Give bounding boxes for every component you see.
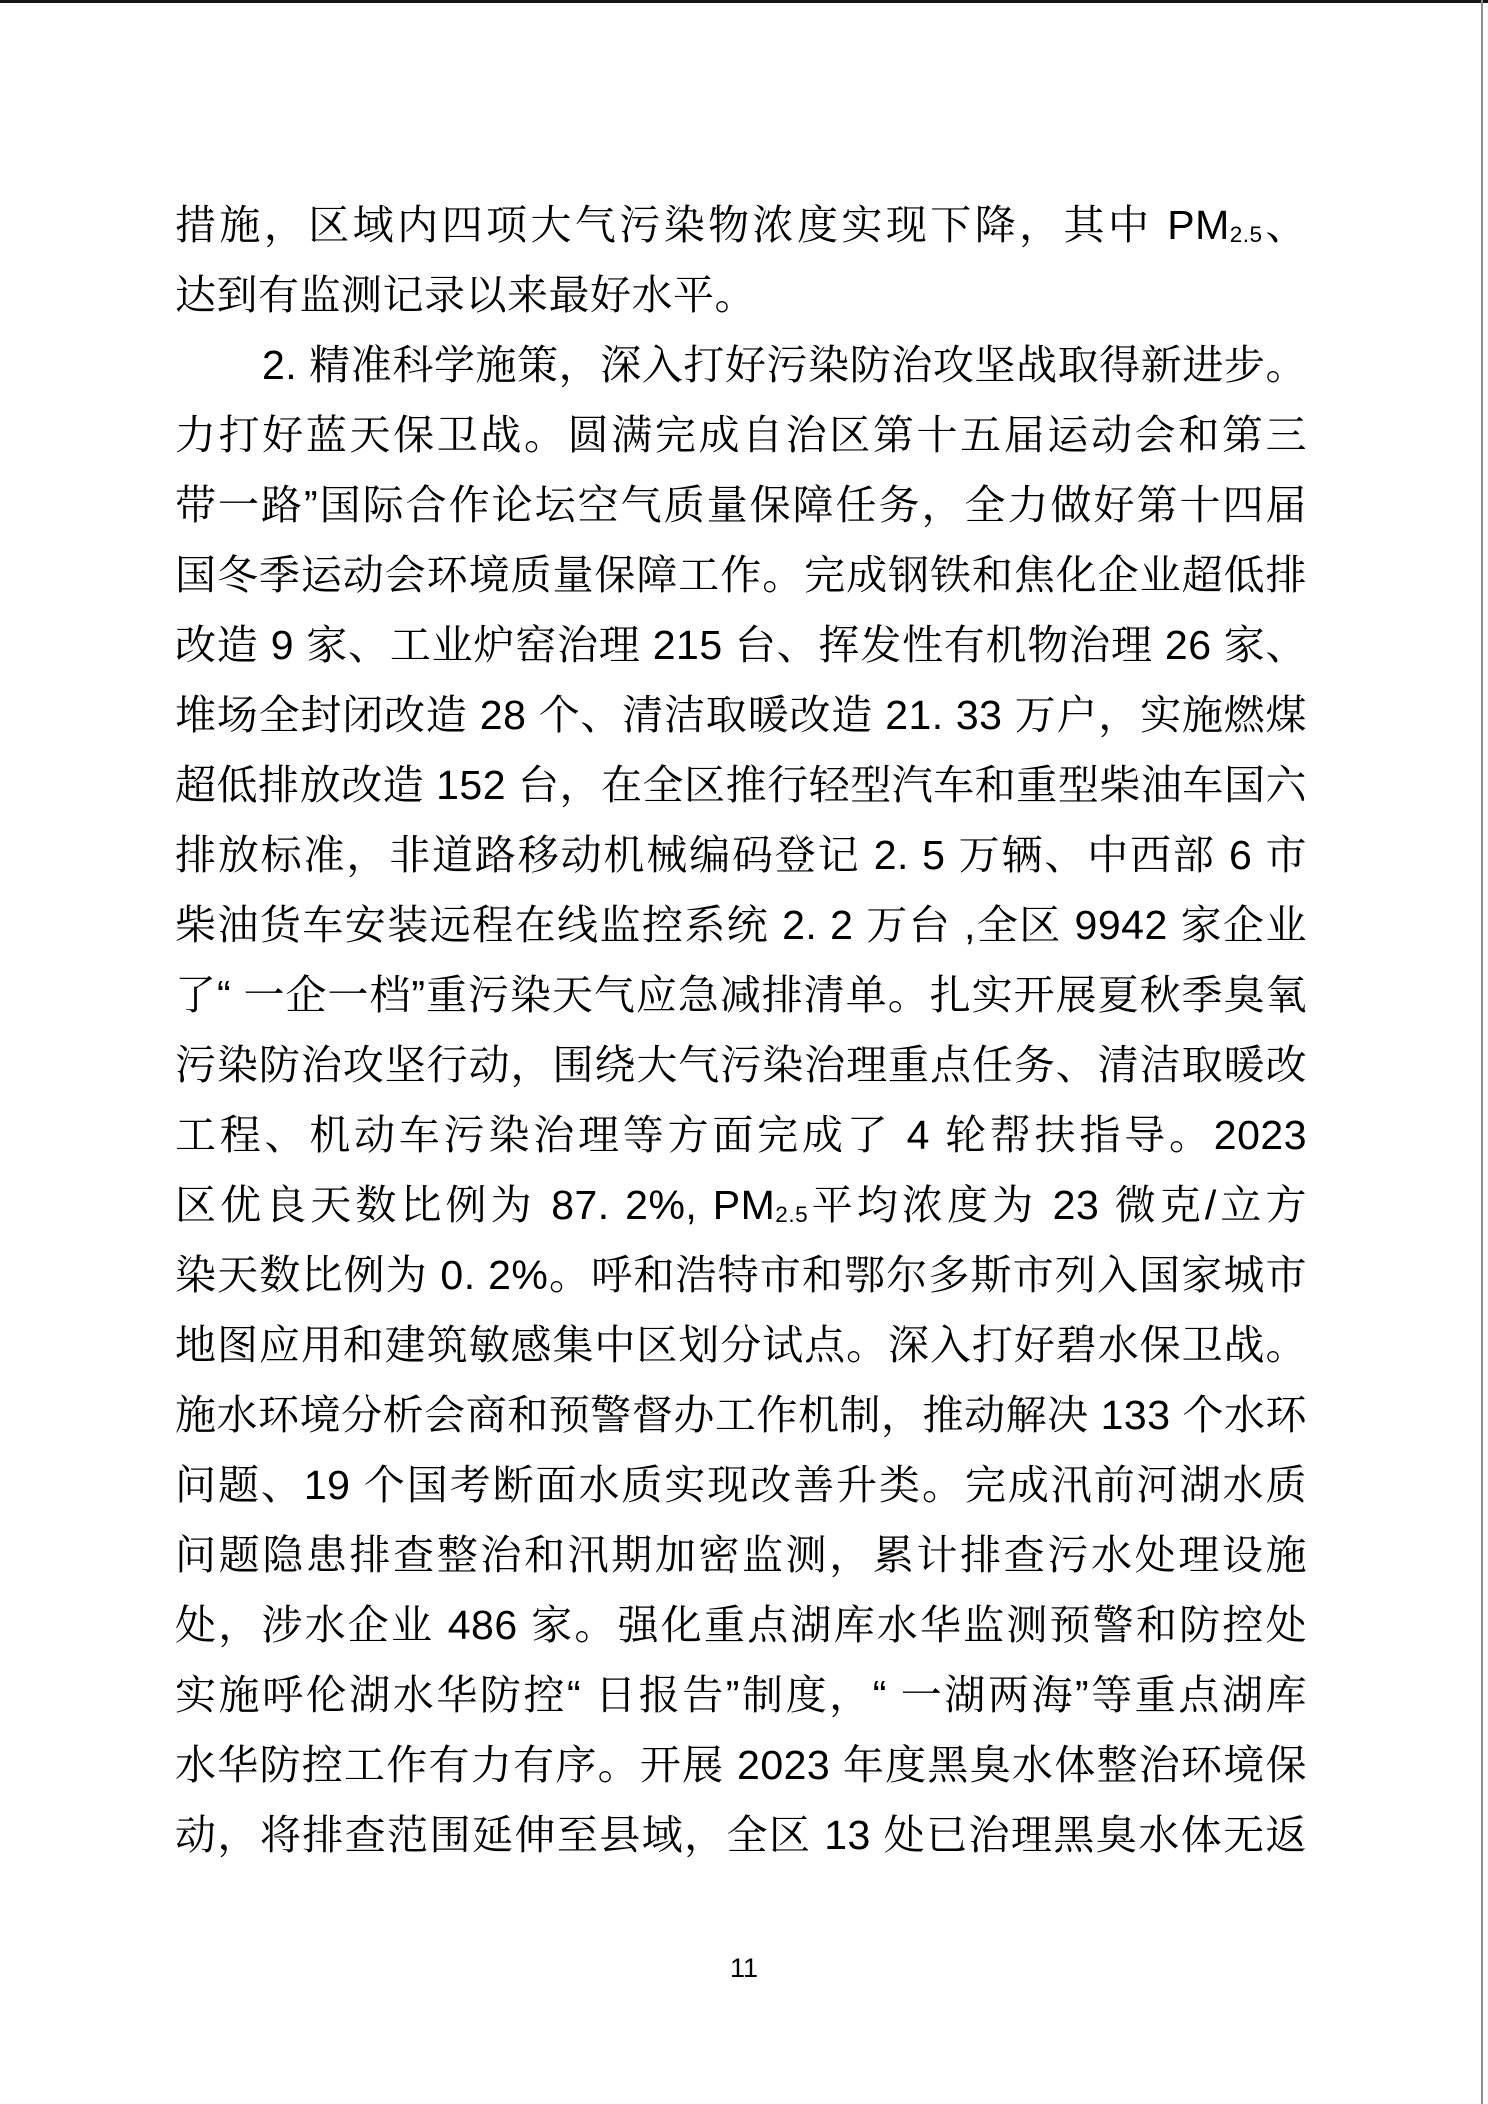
text-line: 超低排放改造 152 台，在全区推行轻型汽车和重型柴油车国六 B [175,750,1307,820]
text-segment: 工程、机动车污染治理等方面完成了 4 轮帮扶指导。2023 年，全 [175,1112,1307,1170]
text-segment: 水华防控工作有力有序。开展 2023 年度黑臭水体整治环境保护行 [175,1742,1307,1800]
text-line: 达到有监测记录以来最好水平。 [175,260,1307,330]
text-line: 施水环境分析会商和预警督办工作机制，推动解决 133 个水环境 [175,1380,1307,1450]
text-line: 排放标准，非道路移动机械编码登记 2. 5 万辆、中西部 6 市重型 [175,820,1307,890]
text-segment: 施水环境分析会商和预警督办工作机制，推动解决 133 个水环境 [175,1392,1307,1450]
text-segment: 改造 9 家、工业炉窑治理 215 台、挥发性有机物治理 26 家、物料 [175,622,1307,680]
scan-edge-top [0,0,1488,3]
text-line: 力打好蓝天保卫战。圆满完成自治区第十五届运动会和第三届“ 一 [175,400,1307,470]
text-line: 带一路”国际合作论坛空气质量保障任务，全力做好第十四届全 [175,470,1307,540]
text-line: 工程、机动车污染治理等方面完成了 4 轮帮扶指导。2023 年，全 [175,1100,1307,1170]
text-segment: 污染防治攻坚行动，围绕大气污染治理重点任务、清洁取暖改造 [175,1042,1307,1100]
text-line: 2. 精准科学施策，深入打好污染防治攻坚战取得新进步。全 [175,330,1307,400]
text-line: 堆场全封闭改造 28 个、清洁取暖改造 21. 33 万户，实施燃煤锅炉 [175,680,1307,750]
subscript-text: 2.5 [1230,222,1263,247]
text-line: 问题、19 个国考断面水质实现改善升类。完成汛前河湖水质超标 [175,1450,1307,1520]
text-line: 措施，区域内四项大气污染物浓度实现下降，其中 PM2.5、PM10浓度 [175,190,1307,260]
text-segment: 问题、19 个国考断面水质实现改善升类。完成汛前河湖水质超标 [175,1462,1307,1520]
text-segment: 实施呼伦湖水华防控“ 日报告”制度，“ 一湖两海”等重点湖库 [175,1672,1307,1718]
text-segment: 柴油货车安装远程在线监控系统 2. 2 万台 ,全区 9942 家企业建立 [175,902,1307,960]
text-line: 实施呼伦湖水华防控“ 日报告”制度，“ 一湖两海”等重点湖库 [175,1660,1307,1730]
text-segment: 堆场全封闭改造 28 个、清洁取暖改造 21. 33 万户，实施燃煤锅炉 [175,692,1307,750]
text-segment: 排放标准，非道路移动机械编码登记 2. 5 万辆、中西部 6 市重型 [175,832,1307,890]
text-segment: 地图应用和建筑敏感集中区划分试点。深入打好碧水保卫战。实 [175,1322,1307,1380]
page-number: 11 [0,1948,1488,1988]
text-segment: 达到有监测记录以来最好水平。 [175,272,756,318]
text-segment: 带一路”国际合作论坛空气质量保障任务，全力做好第十四届全 [175,482,1307,540]
text-line: 问题隐患排查整治和汛期加密监测，累计排查污水处理设施 176 [175,1520,1307,1590]
text-line: 国冬季运动会环境质量保障工作。完成钢铁和焦化企业超低排放 [175,540,1307,610]
text-line: 区优良天数比例为 87. 2%, PM2.5平均浓度为 23 微克/立方米、重污 [175,1170,1307,1240]
text-segment: 了“ 一企一档”重污染天气应急减排清单。扎实开展夏秋季臭氧 [175,972,1307,1018]
text-line: 动，将排查范围延伸至县域，全区 13 处已治理黑臭水体无返黑返 [175,1800,1307,1870]
text-line: 改造 9 家、工业炉窑治理 215 台、挥发性有机物治理 26 家、物料 [175,610,1307,680]
document-page: 措施，区域内四项大气污染物浓度实现下降，其中 PM2.5、PM10浓度达到有监测… [0,0,1488,2104]
text-segment: 国冬季运动会环境质量保障工作。完成钢铁和焦化企业超低排放 [175,552,1307,610]
text-line: 了“ 一企一档”重污染天气应急减排清单。扎实开展夏秋季臭氧 [175,960,1307,1030]
text-line: 处，涉水企业 486 家。强化重点湖库水华监测预警和防控处置， [175,1590,1307,1660]
text-segment: 措施，区域内四项大气污染物浓度实现下降，其中 PM [175,202,1230,248]
text-segment: 超低排放改造 152 台，在全区推行轻型汽车和重型柴油车国六 B [175,762,1307,820]
text-segment: 问题隐患排查整治和汛期加密监测，累计排查污水处理设施 176 [175,1532,1307,1590]
text-segment: 动，将排查范围延伸至县域，全区 13 处已治理黑臭水体无返黑返 [175,1812,1307,1870]
page-body: 措施，区域内四项大气污染物浓度实现下降，其中 PM2.5、PM10浓度达到有监测… [175,190,1307,1870]
text-line: 染天数比例为 0. 2%。呼和浩特市和鄂尔多斯市列入国家城市噪声 [175,1240,1307,1310]
text-segment: 区优良天数比例为 87. 2%, PM [175,1182,775,1228]
text-line: 地图应用和建筑敏感集中区划分试点。深入打好碧水保卫战。实 [175,1310,1307,1380]
text-line: 污染防治攻坚行动，围绕大气污染治理重点任务、清洁取暖改造 [175,1030,1307,1100]
text-line: 水华防控工作有力有序。开展 2023 年度黑臭水体整治环境保护行 [175,1730,1307,1800]
text-segment: 2. 精准科学施策，深入打好污染防治攻坚战取得新进步。全 [175,342,1307,400]
text-line: 柴油货车安装远程在线监控系统 2. 2 万台 ,全区 9942 家企业建立 [175,890,1307,960]
subscript-text: 2.5 [775,1202,808,1227]
text-segment: 染天数比例为 0. 2%。呼和浩特市和鄂尔多斯市列入国家城市噪声 [175,1252,1307,1310]
text-segment: 处，涉水企业 486 家。强化重点湖库水华监测预警和防控处置， [175,1602,1307,1660]
text-segment: 力打好蓝天保卫战。圆满完成自治区第十五届运动会和第三届“ 一 [175,412,1307,470]
scan-edge-right-line [1481,0,1483,2104]
